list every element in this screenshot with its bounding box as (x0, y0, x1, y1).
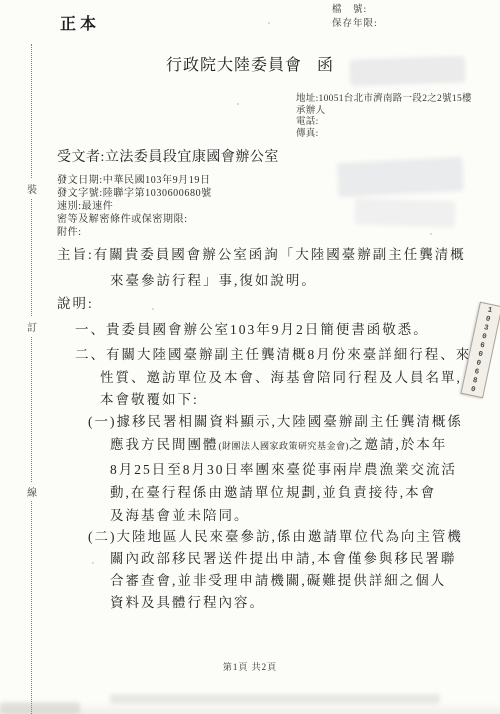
subitem2-line: 資料及具體行程內容。 (88, 592, 463, 614)
binding-dotted-line (31, 44, 32, 714)
subject-paragraph: 主旨:有關貴委員國會辦公室函詢「大陸國臺辦副主任龔清概 來臺參訪行程」事,復如說… (57, 242, 466, 294)
scanned-document-page: 正本 檔 號: 保存年限: 行政院大陸委員會函 地址:10051台北市濟南路一段… (0, 0, 500, 714)
agency-address: 地址:10051台北市濟南路一段2之2號15樓 (296, 94, 472, 106)
subitem1-line: 8月25日至8月30日率團來臺從事兩岸農漁業交流活 (88, 458, 463, 481)
recipient-line: 受文者:立法委員段宜康國會辦公室 (57, 146, 279, 166)
scan-speck (152, 308, 154, 310)
binding-marker-ding: 訂 (25, 317, 39, 336)
explanation-item-1: 一、貴委員國會辦公室103年9月2日簡便書函敬悉。 (75, 318, 429, 338)
scan-speck (430, 233, 432, 235)
subject-line: 來臺參訪行程」事,復如說明。 (57, 268, 466, 294)
item2-line: 二、有關大陸國臺辦副主任龔清概8月份來臺詳細行程、來臺 (75, 344, 487, 367)
archive-header: 檔 號: 保存年限: (332, 3, 378, 31)
agency-contact-block: 地址:10051台北市濟南路一段2之2號15樓 承辦人 電話: 傳真: (296, 94, 472, 140)
document-meta-block: 發文日期:中華民國103年9月19日 發文字號:陸聯字第1030600680號 … (57, 174, 212, 239)
binding-marker-zhuang: 裝 (25, 179, 39, 198)
item2-line: 性質、邀訪單位及本會、海基會陪同行程及人員名單, (75, 367, 487, 390)
subitem1-line: (一)據移民署相關資料顯示,大陸國臺辦副主任龔清概係 (88, 410, 463, 433)
subitem1-line2-prefix: 應我方民間團體 (110, 437, 219, 452)
subitem2-line: 合審查會,並非受理申請機關,礙難提供詳細之個人 (88, 570, 463, 592)
copy-type-label: 正本 (60, 11, 100, 34)
subitem2-line: 關內政部移民署送件提出申請,本會僅參與移民署聯 (88, 548, 463, 570)
document-title: 行政院大陸委員會函 (0, 52, 500, 75)
subitem1-line2-suffix: 之邀請,於本年 (349, 437, 447, 452)
issue-date: 發文日期:中華民國103年9月19日 (57, 174, 212, 187)
subitem2-line: (二)大陸地區人民來臺參訪,係由邀請單位代為向主管機 (88, 526, 463, 548)
subitem1-line: 應我方民間團體(財團法人國家政策研究基金會)之邀請,於本年 (88, 433, 463, 458)
stamp-number-text: 1030600680 (468, 306, 495, 396)
bleedthrough-smudge (337, 157, 464, 197)
issue-number: 發文字號:陸聯字第1030600680號 (57, 187, 212, 200)
bleedthrough-smudge (110, 694, 440, 704)
subitem1-line: 動,在臺行程係由邀請單位規劃,並負責接待,本會 (88, 481, 463, 504)
attachment-label: 附件: (57, 226, 212, 239)
archive-no-label: 檔 號: (332, 3, 378, 17)
security-classification: 密等及解密條件或保密期限: (57, 213, 212, 226)
explanation-heading: 說明: (57, 292, 94, 312)
subject-line: 主旨:有關貴委員國會辦公室函詢「大陸國臺辦副主任龔清概 (57, 242, 466, 268)
bleedthrough-smudge (0, 702, 80, 714)
explanation-subitem-1: (一)據移民署相關資料顯示,大陸國臺辦副主任龔清概係 應我方民間團體(財團法人國… (88, 410, 463, 527)
priority-level: 速別:最速件 (57, 200, 212, 213)
subitem1-line: 及海基會並未陪同。 (88, 504, 463, 527)
retention-label: 保存年限: (332, 17, 378, 31)
binding-marker-xian: 線 (25, 482, 39, 501)
scan-speck (237, 103, 239, 105)
agency-phone: 電話: (296, 117, 472, 129)
page-number-footer: 第1頁 共2頁 (0, 660, 500, 673)
scan-speck (268, 22, 270, 24)
explanation-item-2: 二、有關大陸國臺辦副主任龔清概8月份來臺詳細行程、來臺 性質、邀訪單位及本會、海… (75, 344, 487, 412)
explanation-subitem-2: (二)大陸地區人民來臺參訪,係由邀請單位代為向主管機 關內政部移民署送件提出申請… (88, 526, 463, 614)
issuing-agency-name: 行政院大陸委員會 (166, 57, 302, 74)
document-type-label: 函 (317, 57, 334, 74)
bleedthrough-smudge (355, 198, 456, 227)
item2-line: 本會敬覆如下: (75, 389, 487, 412)
agency-fax: 傳真: (296, 129, 472, 141)
agency-officer: 承辦人 (296, 106, 472, 118)
subitem1-line2-small-note: (財團法人國家政策研究基金會) (219, 441, 350, 451)
